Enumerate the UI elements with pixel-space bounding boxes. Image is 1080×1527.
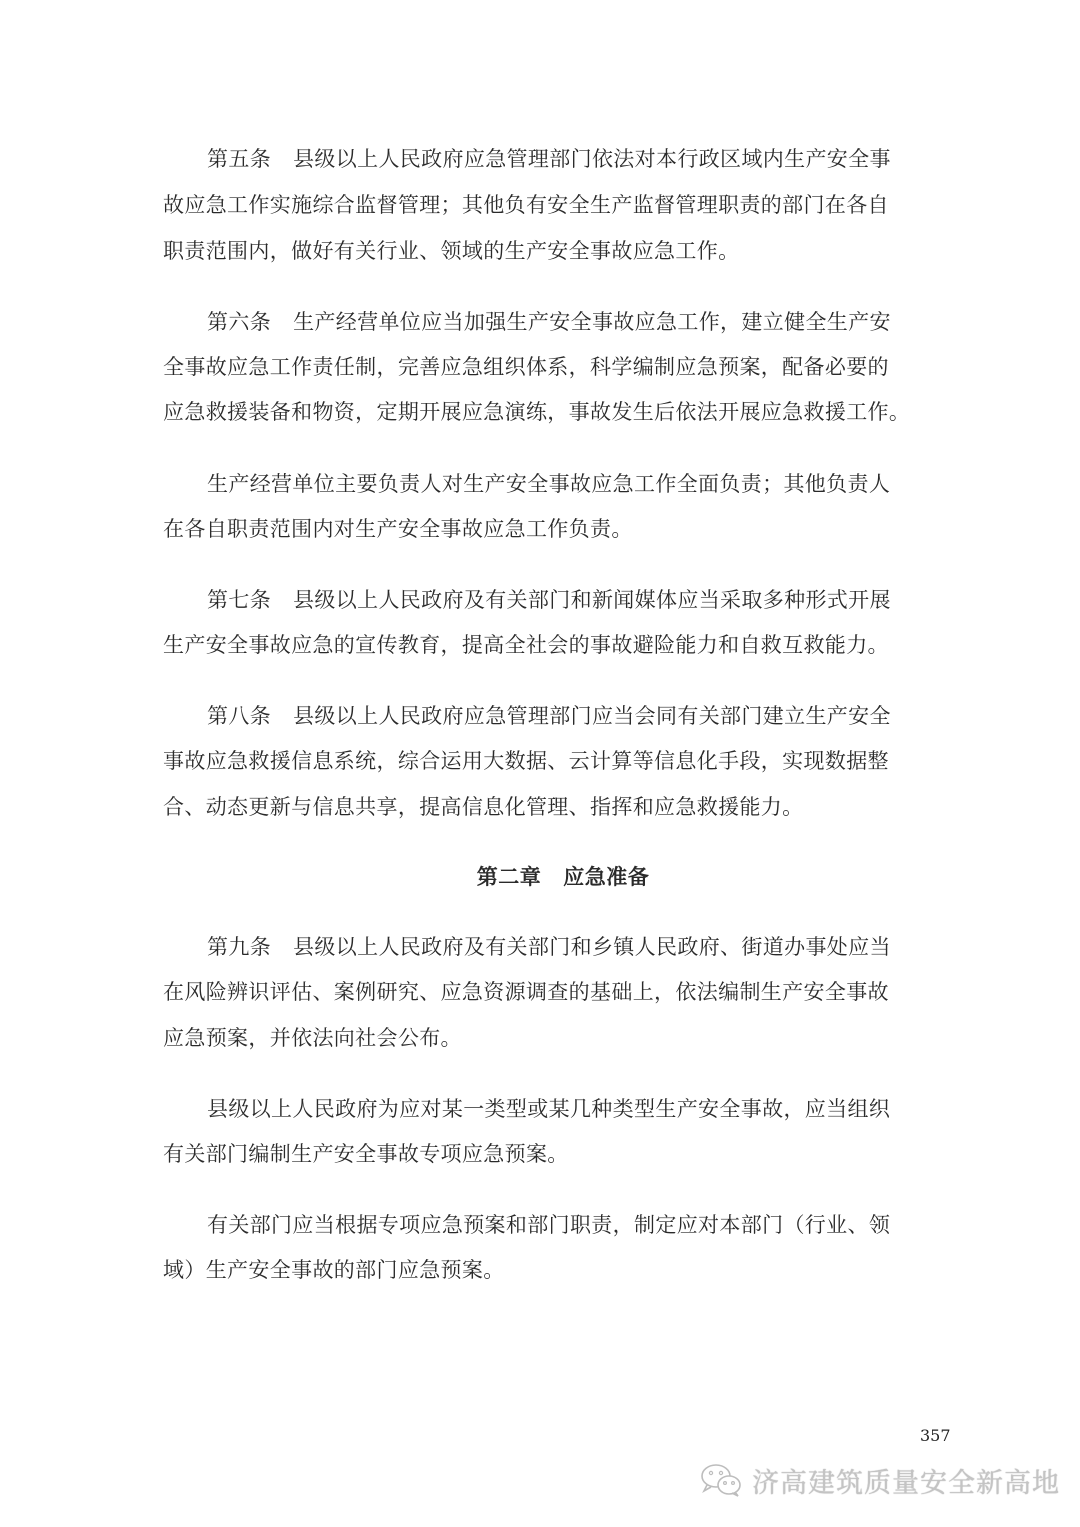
article-6-line-2: 全事故应急工作责任制，完善应急组织体系，科学编制应急预案，配备必要的 (163, 355, 889, 379)
article-6-para-2-line-2: 在各自职责范围内对生产安全事故应急工作负责。 (163, 517, 633, 541)
article-9-line-1: 第九条县级以上人民政府及有关部门和乡镇人民政府、街道办事处应当 (207, 935, 891, 959)
article-label: 第九条 (207, 935, 271, 959)
article-9-para-2-line-2: 有关部门编制生产安全事故专项应急预案。 (163, 1142, 569, 1166)
watermark: 济高建筑质量安全新高地 (700, 1460, 1060, 1500)
article-label: 第八条 (207, 704, 271, 728)
article-6-line-3: 应急救援装备和物资，定期开展应急演练，事故发生后依法开展应急救援工作。 (163, 400, 910, 424)
article-9-line-3: 应急预案，并依法向社会公布。 (163, 1026, 462, 1050)
watermark-text: 济高建筑质量安全新高地 (752, 1461, 1060, 1500)
article-label: 第五条 (207, 147, 271, 171)
article-label: 第六条 (207, 310, 271, 334)
chapter-title: 应急准备 (563, 864, 649, 889)
page-number: 357 (920, 1427, 951, 1445)
article-5-line-3: 职责范围内，做好有关行业、领域的生产安全事故应急工作。 (163, 239, 739, 263)
article-8-line-1: 第八条县级以上人民政府应急管理部门应当会同有关部门建立生产安全 (207, 704, 891, 728)
article-9-para-2-line-1: 县级以上人民政府为应对某一类型或某几种类型生产安全事故，应当组织 (207, 1097, 890, 1121)
article-label: 第七条 (207, 588, 271, 612)
article-9-para-3-line-2: 域）生产安全事故的部门应急预案。 (163, 1258, 505, 1282)
article-5-line-1: 第五条县级以上人民政府应急管理部门依法对本行政区域内生产安全事 (207, 147, 891, 171)
article-7-line-2: 生产安全事故应急的宣传教育，提高全社会的事故避险能力和自救互救能力。 (163, 633, 889, 657)
article-6-para-2-line-1: 生产经营单位主要负责人对生产安全事故应急工作全面负责；其他负责人 (207, 472, 890, 496)
chapter-number: 第二章 (477, 864, 542, 889)
article-8-line-3: 合、动态更新与信息共享，提高信息化管理、指挥和应急救援能力。 (163, 795, 804, 819)
article-8-line-2: 事故应急救援信息系统，综合运用大数据、云计算等信息化手段，实现数据整 (163, 749, 889, 773)
chapter-heading: 第二章应急准备 (0, 865, 1080, 889)
article-9-line-2: 在风险辨识评估、案例研究、应急资源调查的基础上，依法编制生产安全事故 (163, 980, 889, 1004)
document-page: 第五条县级以上人民政府应急管理部门依法对本行政区域内生产安全事 故应急工作实施综… (0, 0, 1080, 1527)
article-7-line-1: 第七条县级以上人民政府及有关部门和新闻媒体应当采取多种形式开展 (207, 588, 891, 612)
article-9-para-3-line-1: 有关部门应当根据专项应急预案和部门职责，制定应对本部门（行业、领 (207, 1213, 890, 1237)
wechat-icon (700, 1462, 744, 1498)
article-6-line-1: 第六条生产经营单位应当加强生产安全事故应急工作，建立健全生产安 (207, 310, 891, 334)
article-5-line-2: 故应急工作实施综合监督管理；其他负有安全生产监督管理职责的部门在各自 (163, 193, 889, 217)
